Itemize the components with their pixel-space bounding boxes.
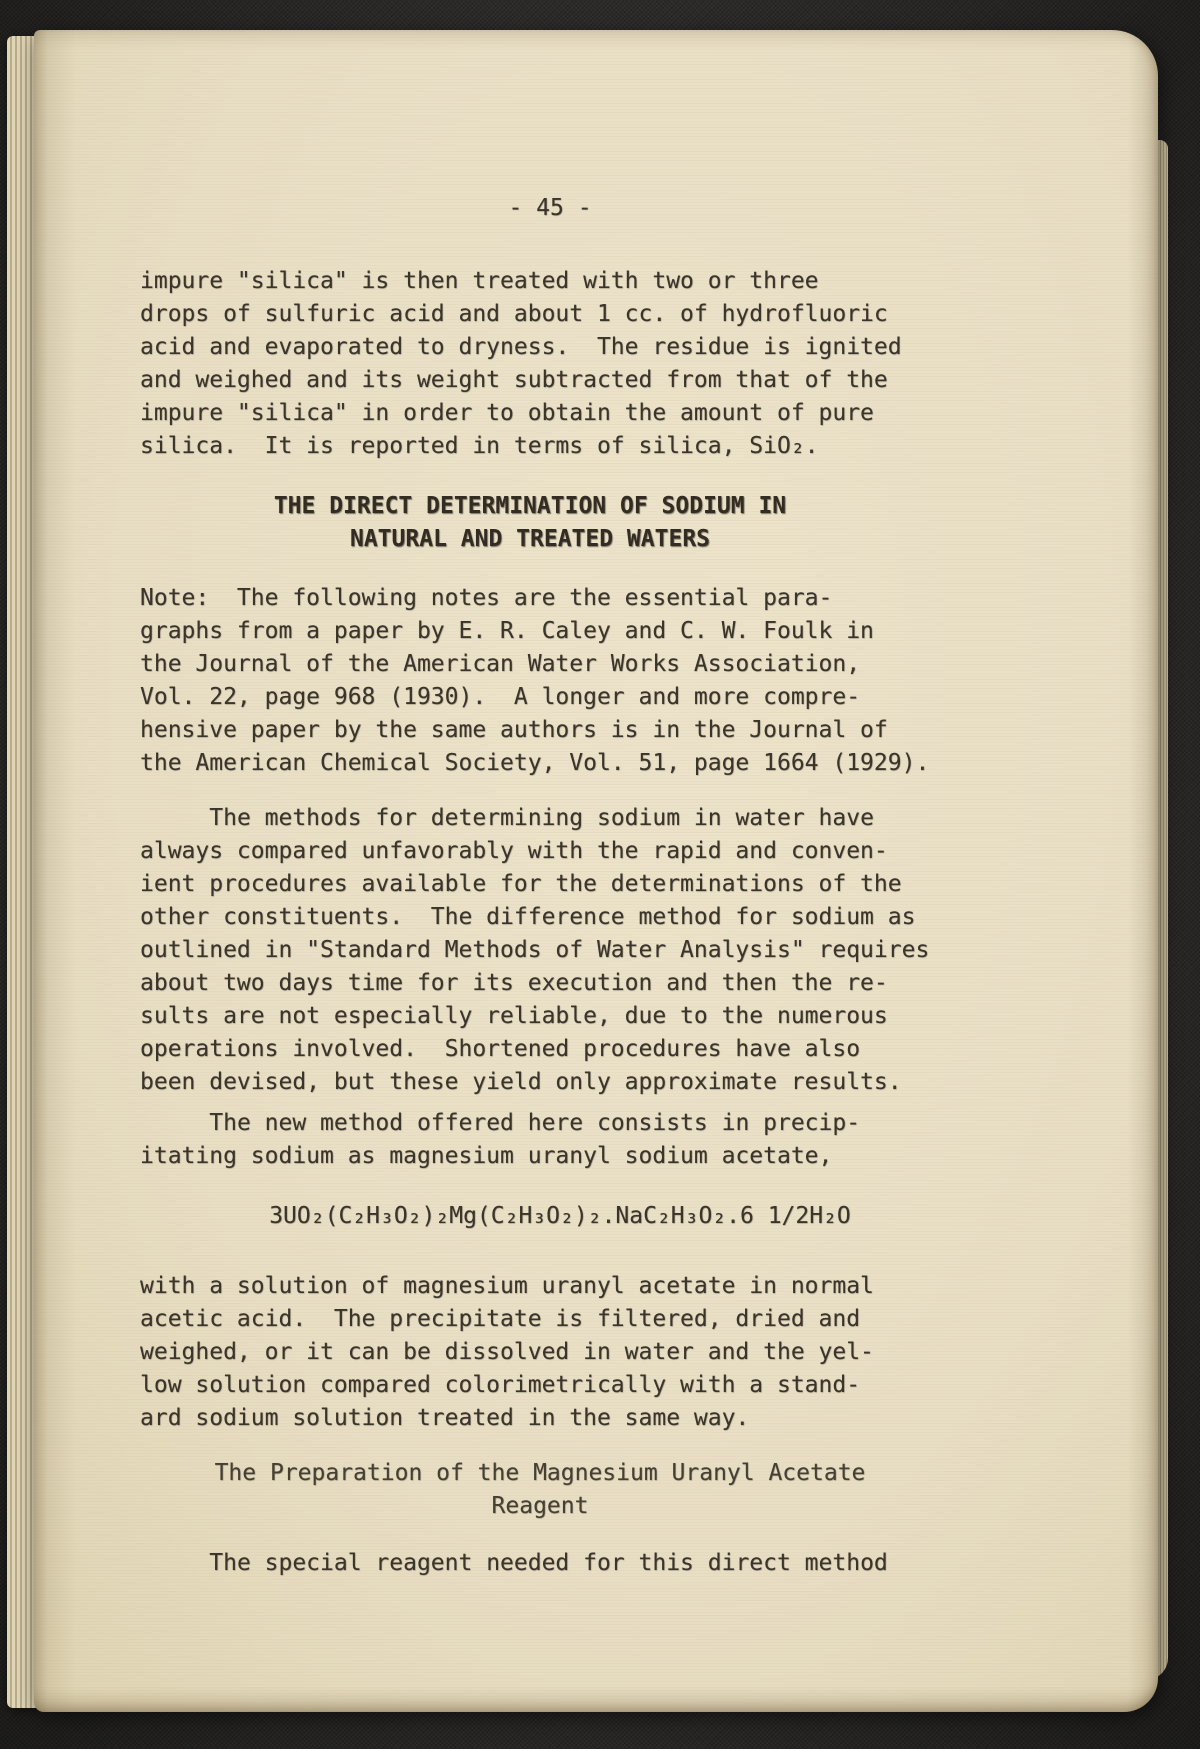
new-method-paragraph: The new method offered here consists in … [140, 1107, 990, 1173]
subsection-heading: The Preparation of the Magnesium Uranyl … [140, 1457, 940, 1523]
note-paragraph: Note: The following notes are the essent… [140, 582, 990, 780]
solution-paragraph: with a solution of magnesium uranyl acet… [140, 1270, 990, 1435]
chemical-formula: 3UO₂(C₂H₃O₂)₂Mg(C₂H₃O₂)₂.NaC₂H₃O₂.6 1/2H… [150, 1200, 970, 1233]
methods-paragraph: The methods for determining sodium in wa… [140, 802, 990, 1099]
intro-paragraph: impure "silica" is then treated with two… [140, 265, 980, 463]
section-heading: THE DIRECT DETERMINATION OF SODIUM IN NA… [140, 490, 920, 556]
closing-paragraph: The special reagent needed for this dire… [140, 1547, 990, 1580]
page-number: - 45 - [140, 192, 960, 225]
